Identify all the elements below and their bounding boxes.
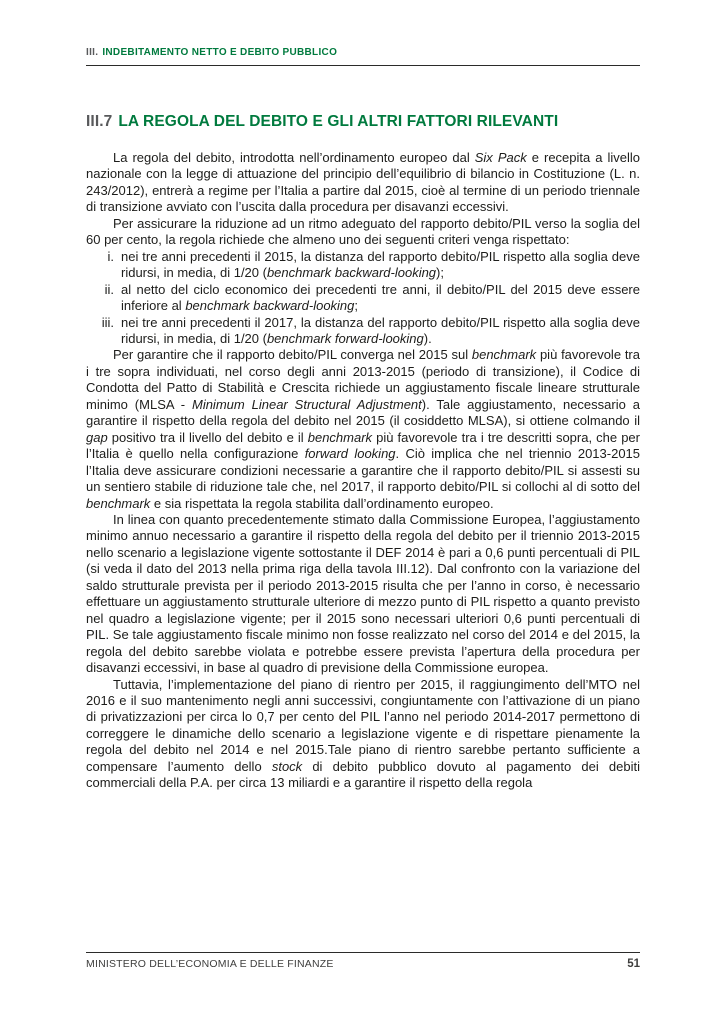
section-title-number: III.7 xyxy=(86,113,112,130)
paragraph: Per garantire che il rapporto debito/PIL… xyxy=(86,347,640,512)
list-item-text: nei tre anni precedenti il 2015, la dist… xyxy=(121,249,640,282)
list-item-text: al netto del ciclo economico dei precede… xyxy=(121,282,640,315)
italic-text: Minimum Linear Structural Adjustment xyxy=(192,397,422,412)
italic-text: benchmark forward-looking xyxy=(267,331,424,346)
italic-text: benchmark xyxy=(86,496,150,511)
italic-text: Six Pack xyxy=(475,150,527,165)
italic-text: benchmark xyxy=(308,430,372,445)
text-segment: ). xyxy=(424,331,432,346)
italic-text: stock xyxy=(272,759,302,774)
paragraph: Tuttavia, l’implementazione del piano di… xyxy=(86,677,640,792)
header-section-number: III. xyxy=(86,47,98,58)
italic-text: gap xyxy=(86,430,108,445)
list-marker: i. xyxy=(100,249,114,265)
text-segment: In linea con quanto precedentemente stim… xyxy=(86,512,640,675)
list-item-text: nei tre anni precedenti il 2017, la dist… xyxy=(121,315,640,348)
page-footer: MINISTERO DELL’ECONOMIA E DELLE FINANZE … xyxy=(86,952,640,970)
list-item: i.nei tre anni precedenti il 2015, la di… xyxy=(86,249,640,282)
italic-text: forward looking xyxy=(305,446,396,461)
paragraph: La regola del debito, introdotta nell’or… xyxy=(86,150,640,216)
footer-publisher: MINISTERO DELL’ECONOMIA E DELLE FINANZE xyxy=(86,958,334,970)
body-text: La regola del debito, introdotta nell’or… xyxy=(86,150,640,792)
paragraph: Per assicurare la riduzione ad un ritmo … xyxy=(86,216,640,249)
italic-text: benchmark xyxy=(472,347,536,362)
text-segment: ); xyxy=(436,265,444,280)
section-title-text: LA REGOLA DEL DEBITO E GLI ALTRI FATTORI… xyxy=(118,113,558,130)
text-segment: Per assicurare la riduzione ad un ritmo … xyxy=(86,216,640,247)
text-segment: positivo tra il livello del debito e il xyxy=(108,430,308,445)
list-item: ii.al netto del ciclo economico dei prec… xyxy=(86,282,640,315)
italic-text: benchmark backward-looking xyxy=(185,298,354,313)
text-segment: ; xyxy=(354,298,358,313)
roman-numeral-list: i.nei tre anni precedenti il 2015, la di… xyxy=(86,249,640,348)
text-segment: e sia rispettata la regola stabilita dal… xyxy=(150,496,493,511)
italic-text: benchmark backward-looking xyxy=(267,265,436,280)
document-page: III.INDEBITAMENTO NETTO E DEBITO PUBBLIC… xyxy=(0,0,725,1024)
header-section-title: INDEBITAMENTO NETTO E DEBITO PUBBLICO xyxy=(102,47,337,58)
text-segment: La regola del debito, introdotta nell’or… xyxy=(113,150,475,165)
text-segment: Per garantire che il rapporto debito/PIL… xyxy=(113,347,472,362)
page-header: III.INDEBITAMENTO NETTO E DEBITO PUBBLIC… xyxy=(86,47,640,66)
list-marker: ii. xyxy=(100,282,114,298)
paragraph: In linea con quanto precedentemente stim… xyxy=(86,512,640,677)
section-title: III.7LA REGOLA DEL DEBITO E GLI ALTRI FA… xyxy=(86,113,640,131)
footer-page-number: 51 xyxy=(627,958,640,970)
list-marker: iii. xyxy=(100,315,114,331)
list-item: iii.nei tre anni precedenti il 2017, la … xyxy=(86,315,640,348)
